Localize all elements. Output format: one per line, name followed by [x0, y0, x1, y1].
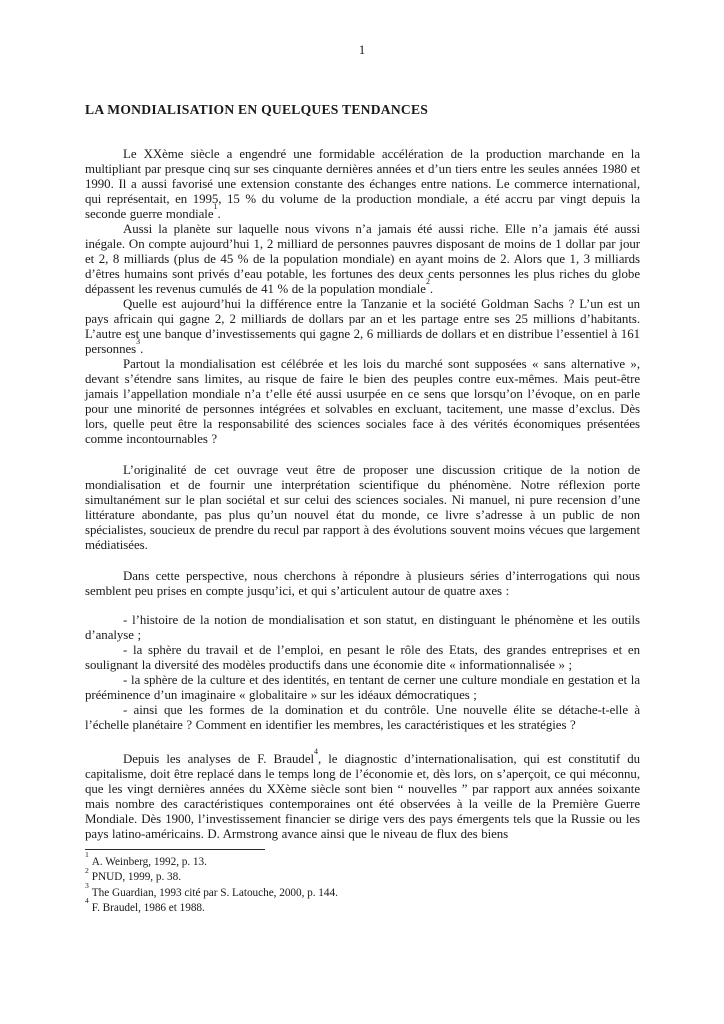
document-title: LA MONDIALISATION EN QUELQUES TENDANCES [85, 102, 640, 118]
paragraph-planete-tail: . [430, 282, 433, 296]
footnotes-section: 1A. Weinberg, 1992, p. 13. 2PNUD, 1999, … [85, 849, 640, 917]
list-item-culture: - la sphère de la culture et des identit… [85, 673, 640, 703]
paragraph-intro-tail: . [217, 207, 220, 221]
footnote-3-text: The Guardian, 1993 cité par S. Latouche,… [92, 887, 338, 899]
paragraph-tanzanie-tail: . [140, 342, 143, 356]
footnote-3: 3The Guardian, 1993 cité par S. Latouche… [85, 886, 640, 901]
footnote-separator [85, 849, 265, 850]
footnote-2: 2PNUD, 1999, p. 38. [85, 870, 640, 885]
footnote-ref-2: 2 [426, 277, 430, 286]
page-number: 1 [0, 0, 724, 57]
paragraph-braudel: Depuis les analyses de F. Braudel4, le d… [85, 752, 640, 842]
paragraph-intro-text: Le XXème siècle a engendré une formidabl… [85, 147, 640, 221]
document-page: 1 LA MONDIALISATION EN QUELQUES TENDANCE… [0, 0, 724, 1024]
list-item-domination: - ainsi que les formes de la domination … [85, 703, 640, 733]
document-content: LA MONDIALISATION EN QUELQUES TENDANCES … [0, 102, 724, 917]
paragraph-intro: Le XXème siècle a engendré une formidabl… [85, 147, 640, 222]
paragraph-tanzanie-text: Quelle est aujourd’hui la différence ent… [85, 297, 640, 356]
paragraph-planete: Aussi la planète sur laquelle nous vivon… [85, 222, 640, 297]
footnote-3-marker: 3 [85, 881, 89, 890]
footnote-4-text: F. Braudel, 1986 et 1988. [92, 902, 205, 914]
paragraph-perspective: Dans cette perspective, nous cherchons à… [85, 569, 640, 599]
footnote-4: 4F. Braudel, 1986 et 1988. [85, 901, 640, 916]
list-item-travail: - la sphère du travail et de l’emploi, e… [85, 643, 640, 673]
footnote-ref-1: 1 [214, 202, 218, 211]
list-item-histoire: - l’histoire de la notion de mondialisat… [85, 613, 640, 643]
paragraph-braudel-text: Depuis les analyses de F. Braudel [123, 752, 314, 766]
footnote-1-text: A. Weinberg, 1992, p. 13. [92, 856, 207, 868]
paragraph-originalite: L’originalité de cet ouvrage veut être d… [85, 463, 640, 553]
paragraph-planete-text: Aussi la planète sur laquelle nous vivon… [85, 222, 640, 296]
footnote-1: 1A. Weinberg, 1992, p. 13. [85, 855, 640, 870]
footnote-ref-3: 3 [136, 337, 140, 346]
footnote-4-marker: 4 [85, 896, 89, 905]
footnote-2-text: PNUD, 1999, p. 38. [92, 871, 181, 883]
paragraph-partout: Partout la mondialisation est célébrée e… [85, 357, 640, 447]
footnote-1-marker: 1 [85, 850, 89, 859]
footnote-ref-4: 4 [314, 747, 318, 756]
paragraph-tanzanie: Quelle est aujourd’hui la différence ent… [85, 297, 640, 357]
footnote-2-marker: 2 [85, 866, 89, 875]
